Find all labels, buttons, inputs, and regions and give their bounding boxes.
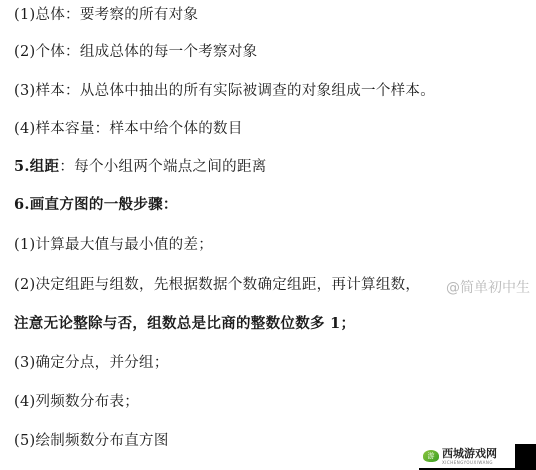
definition-sample: (3)样本：从总体中抽出的所有实际被调查的对象组成一个样本。 [14, 82, 435, 100]
logo-subtitle: XICHENGYOUXIWANG [442, 460, 497, 465]
class-width-desc: ：每个小组两个端点之间的距离 [59, 159, 266, 175]
definition-population: (1)总体：要考察的所有对象 [14, 6, 198, 24]
step-4: (4)列频数分布表； [14, 393, 139, 411]
definition-individual: (2)个体：组成总体的每一个考察对象 [14, 43, 257, 61]
logo-leaf-icon: 游 [423, 450, 439, 462]
site-logo: 游 西城游戏网 XICHENGYOUXIWANG [419, 444, 536, 470]
step-2: (2)决定组距与组数，先根据数据个数确定组距，再计算组数， [14, 276, 420, 294]
author-watermark: @简单初中生 [446, 277, 530, 297]
step-1: (1)计算最大值与最小值的差； [14, 236, 213, 254]
definition-class-width: 5.组距：每个小组两个端点之间的距离 [14, 158, 267, 176]
step-5: (5)绘制频数分布直方图 [14, 432, 169, 450]
class-width-term: 5.组距 [14, 158, 59, 175]
definition-sample-size: (4)样本容量：样本中给个体的数目 [14, 120, 243, 138]
step-2-note: 注意无论整除与否，组数总是比商的整数位数多 1； [14, 315, 355, 333]
step-3: (3)确定分点，并分组； [14, 354, 169, 372]
logo-name: 西城游戏网 [442, 448, 497, 460]
section-heading-histogram-steps: 6.画直方图的一般步骤： [14, 196, 178, 214]
